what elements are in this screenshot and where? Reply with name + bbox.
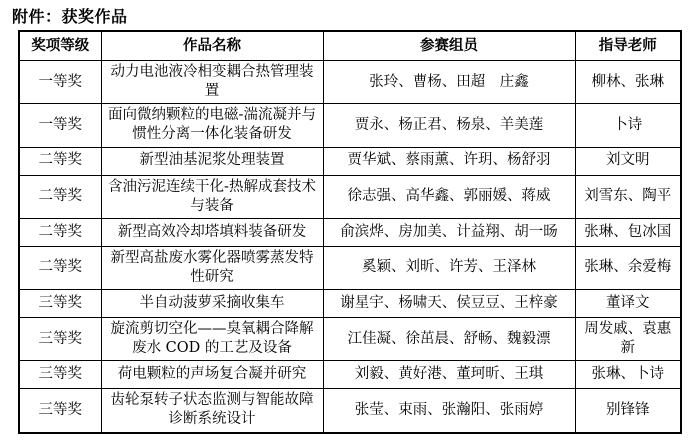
award-level-cell: 三等奖 [19,318,101,361]
award-level-cell: 三等奖 [19,389,101,433]
team-members-cell: 奚颖、刘昕、许芳、王泽林 [323,246,575,289]
award-level-cell: 一等奖 [19,61,101,104]
team-members-cell: 贾永、杨正君、杨泉、羊美莲 [323,104,575,147]
table-row: 二等奖 含油污泥连续干化-热解成套技术与装备 徐志强、高华鑫、郭丽媛、蒋威 刘雪… [19,175,681,218]
table-row: 一等奖 动力电池液冷相变耦合热管理装置 张玲、曹杨、田超 庄鑫 柳林、张琳 [19,61,681,104]
team-members-cell: 刘毅、黄好港、董珂昕、王琪 [323,361,575,389]
awards-table: 奖项等级 作品名称 参赛组员 指导老师 一等奖 动力电池液冷相变耦合热管理装置 … [18,30,682,434]
award-level-cell: 三等奖 [19,290,101,318]
team-members-cell: 俞滨烨、房加美、计益翔、胡一旸 [323,218,575,246]
column-header-team-members: 参赛组员 [323,31,575,61]
award-level-cell: 二等奖 [19,218,101,246]
page-title: 附件：获奖作品 [12,4,698,27]
team-members-cell: 张玲、曹杨、田超 庄鑫 [323,61,575,104]
table-row: 三等奖 齿轮泵转子状态监测与智能故障诊断系统设计 张莹、束雨、张瀚阳、张雨婷 别… [19,389,681,433]
team-members-cell: 江佳凝、徐茁晨、舒畅、魏毅漂 [323,318,575,361]
work-title-cell: 新型高盐废水雾化器喷雾蒸发特性研究 [101,246,323,289]
award-level-cell: 二等奖 [19,175,101,218]
award-level-cell: 三等奖 [19,361,101,389]
table-row: 二等奖 新型高盐废水雾化器喷雾蒸发特性研究 奚颖、刘昕、许芳、王泽林 张琳、余爱… [19,246,681,289]
team-members-cell: 谢星宇、杨啸天、侯豆豆、王梓豪 [323,290,575,318]
award-level-cell: 二等奖 [19,147,101,175]
work-title-cell: 面向微纳颗粒的电磁-湍流凝并与惯性分离一体化装备研发 [101,104,323,147]
work-title-cell: 荷电颗粒的声场复合凝并研究 [101,361,323,389]
advisors-cell: 张琳、卜诗 [575,361,681,389]
table-row: 一等奖 面向微纳颗粒的电磁-湍流凝并与惯性分离一体化装备研发 贾永、杨正君、杨泉… [19,104,681,147]
column-header-advisors: 指导老师 [575,31,681,61]
advisors-cell: 卜诗 [575,104,681,147]
column-header-work-title: 作品名称 [101,31,323,61]
award-level-cell: 一等奖 [19,104,101,147]
advisors-cell: 周发戚、袁惠新 [575,318,681,361]
work-title-cell: 新型油基泥浆处理装置 [101,147,323,175]
table-row: 三等奖 荷电颗粒的声场复合凝并研究 刘毅、黄好港、董珂昕、王琪 张琳、卜诗 [19,361,681,389]
team-members-cell: 张莹、束雨、张瀚阳、张雨婷 [323,389,575,433]
column-header-award-level: 奖项等级 [19,31,101,61]
advisors-cell: 董译文 [575,290,681,318]
table-row: 二等奖 新型油基泥浆处理装置 贾华斌、蔡雨薰、许玥、杨舒羽 刘文明 [19,147,681,175]
award-level-cell: 二等奖 [19,246,101,289]
advisors-cell: 柳林、张琳 [575,61,681,104]
table-header-row: 奖项等级 作品名称 参赛组员 指导老师 [19,31,681,61]
advisors-cell: 刘雪东、陶平 [575,175,681,218]
work-title-cell: 齿轮泵转子状态监测与智能故障诊断系统设计 [101,389,323,433]
advisors-cell: 张琳、余爱梅 [575,246,681,289]
work-title-cell: 动力电池液冷相变耦合热管理装置 [101,61,323,104]
work-title-cell: 新型高效冷却塔填料装备研发 [101,218,323,246]
team-members-cell: 贾华斌、蔡雨薰、许玥、杨舒羽 [323,147,575,175]
table-row: 二等奖 新型高效冷却塔填料装备研发 俞滨烨、房加美、计益翔、胡一旸 张琳、包冰国 [19,218,681,246]
advisors-cell: 别锋锋 [575,389,681,433]
advisors-cell: 刘文明 [575,147,681,175]
work-title-cell: 含油污泥连续干化-热解成套技术与装备 [101,175,323,218]
table-row: 三等奖 半自动菠萝采摘收集车 谢星宇、杨啸天、侯豆豆、王梓豪 董译文 [19,290,681,318]
advisors-cell: 张琳、包冰国 [575,218,681,246]
team-members-cell: 徐志强、高华鑫、郭丽媛、蒋威 [323,175,575,218]
work-title-cell: 旋流剪切空化——臭氧耦合降解废水 COD 的工艺及设备 [101,318,323,361]
work-title-cell: 半自动菠萝采摘收集车 [101,290,323,318]
table-row: 三等奖 旋流剪切空化——臭氧耦合降解废水 COD 的工艺及设备 江佳凝、徐茁晨、… [19,318,681,361]
